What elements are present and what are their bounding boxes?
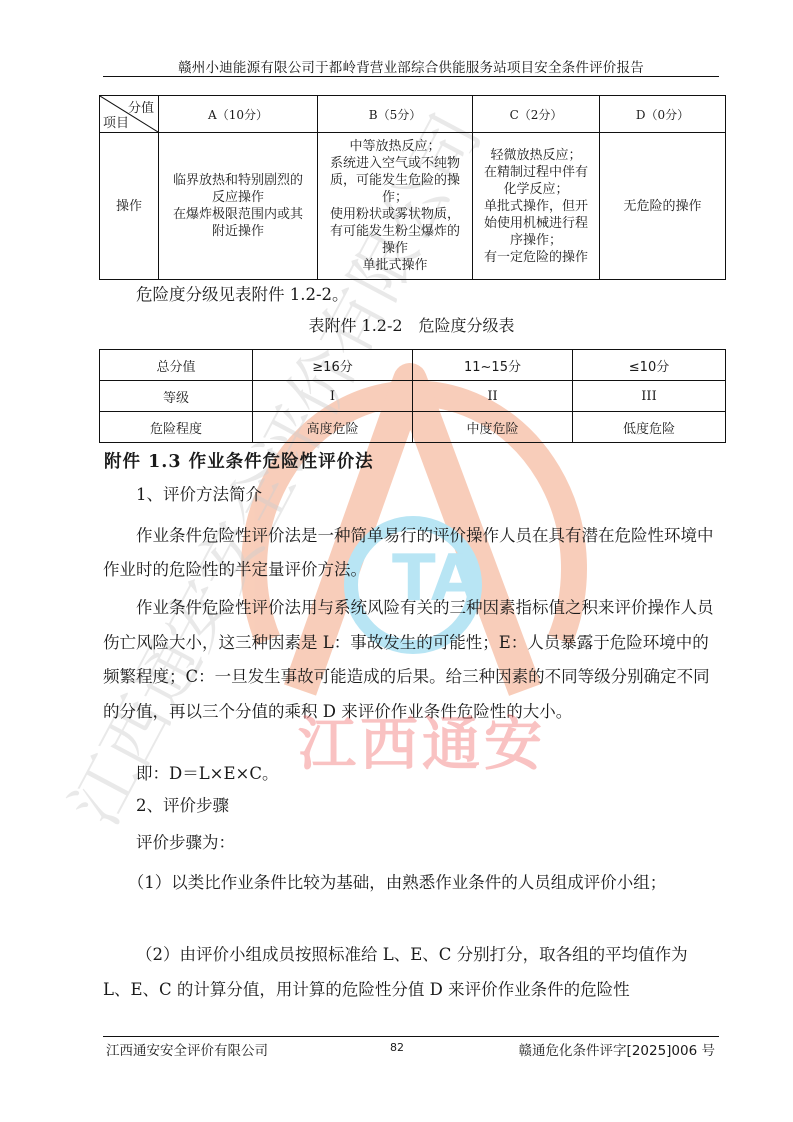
cell-b: 中等放热反应； 系统进入空气或不纯物 质，可能发生危险的操 作； 使用粉状或雾状… xyxy=(318,133,473,280)
cell-b-line: 使用粉状或雾状物质， xyxy=(318,206,472,223)
cell-grade-3: III xyxy=(573,381,726,412)
cell-score-high: ≥16分 xyxy=(253,350,413,381)
cell-grade-2: II xyxy=(413,381,573,412)
cell-grade-label: 等级 xyxy=(100,381,253,412)
column-header-a: A（10分） xyxy=(159,96,318,133)
subheading-method-intro: 1、评价方法简介 xyxy=(103,479,720,511)
subheading-steps: 2、评价步骤 xyxy=(103,790,720,822)
table-caption: 表附件 1.2-2 危险度分级表 xyxy=(103,313,720,336)
cell-b-line: 系统进入空气或不纯物 xyxy=(318,155,472,172)
operation-score-table: 分值 项目 A（10分） B（5分） C（2分） D（0分） 操作 临界放热和特… xyxy=(99,95,726,280)
cell-a-line: 在爆炸极限范围内或其 xyxy=(159,206,317,223)
cell-b-line: 作； xyxy=(318,189,472,206)
page-header-title: 赣州小迪能源有限公司于都岭背营业部综合供能服务站项目安全条件评价报告 xyxy=(103,56,719,76)
steps-intro: 评价步骤为： xyxy=(103,827,720,859)
paragraph-method-definition: 作业条件危险性评价法是一种简单易行的评价操作人员在具有潜在危险性环境中作业时的危… xyxy=(103,519,720,587)
table-row: 危险程度 高度危险 中度危险 低度危险 xyxy=(100,412,726,443)
column-header-d: D（0分） xyxy=(600,96,726,133)
cell-a-line: 附近操作 xyxy=(159,223,317,240)
diagonal-header-cell: 分值 项目 xyxy=(100,96,159,133)
table-reference-text: 危险度分级见表附件 1.2-2。 xyxy=(103,279,720,311)
cell-b-line: 单批式操作 xyxy=(318,257,472,274)
cell-danger-low: 低度危险 xyxy=(573,412,726,443)
footer-company: 江西通安安全评价有限公司 xyxy=(106,1039,268,1059)
cell-c-line: 单批式操作，但开 xyxy=(473,198,599,215)
column-header-b: B（5分） xyxy=(318,96,473,133)
page-number: 82 xyxy=(390,1041,404,1054)
cell-c-line: 始使用机械进行程 xyxy=(473,215,599,232)
cell-a: 临界放热和特别剧烈的 反应操作 在爆炸极限范围内或其 附近操作 xyxy=(159,133,318,280)
table-row: 总分值 ≥16分 11~15分 ≤10分 xyxy=(100,350,726,381)
corner-score-label: 分值 xyxy=(128,97,154,116)
cell-c-line: 序操作； xyxy=(473,232,599,249)
cell-danger-label: 危险程度 xyxy=(100,412,253,443)
cell-b-line: 操作 xyxy=(318,240,472,257)
cell-b-line: 有可能发生粉尘爆炸的 xyxy=(318,223,472,240)
step-2-text: （2）由评价小组成员按照标准给 L、E、C 分别打分，取各组的平均值作为 L、E… xyxy=(103,937,720,1007)
cell-c-line: 有一定危险的操作 xyxy=(473,249,599,266)
cell-danger-mid: 中度危险 xyxy=(413,412,573,443)
cell-b-line: 质，可能发生危险的操 xyxy=(318,172,472,189)
cell-score-low: ≤10分 xyxy=(573,350,726,381)
cell-a-line: 临界放热和特别剧烈的 xyxy=(159,172,317,189)
cell-b-line: 中等放热反应； xyxy=(318,138,472,155)
cell-c: 轻微放热反应； 在精制过程中伴有 化学反应； 单批式操作，但开 始使用机械进行程… xyxy=(473,133,600,280)
header-divider xyxy=(103,76,719,77)
cell-a-line: 反应操作 xyxy=(159,189,317,206)
section-heading: 附件 1.3 作业条件危险性评价法 xyxy=(104,448,374,473)
cell-danger-high: 高度危险 xyxy=(253,412,413,443)
watermark-text: 江西通安 xyxy=(298,697,546,781)
cell-score-mid: 11~15分 xyxy=(413,350,573,381)
cell-c-line: 化学反应； xyxy=(473,181,599,198)
cell-c-line: 轻微放热反应； xyxy=(473,147,599,164)
table-row: 等级 I II III xyxy=(100,381,726,412)
risk-level-table: 总分值 ≥16分 11~15分 ≤10分 等级 I II III 危险程度 高度… xyxy=(99,349,726,443)
row-label-operation: 操作 xyxy=(100,133,159,280)
cell-d: 无危险的操作 xyxy=(600,133,726,280)
cell-c-line: 在精制过程中伴有 xyxy=(473,164,599,181)
corner-item-label: 项目 xyxy=(103,112,129,131)
cell-total-score-label: 总分值 xyxy=(100,350,253,381)
step-1-text: （1）以类比作业条件比较为基础，由熟悉作业条件的人员组成评价小组； xyxy=(103,865,720,900)
footer-divider xyxy=(103,1036,719,1037)
document-number: 赣通危化条件评字[2025]006 号 xyxy=(519,1039,715,1059)
cell-grade-1: I xyxy=(253,381,413,412)
column-header-c: C（2分） xyxy=(473,96,600,133)
